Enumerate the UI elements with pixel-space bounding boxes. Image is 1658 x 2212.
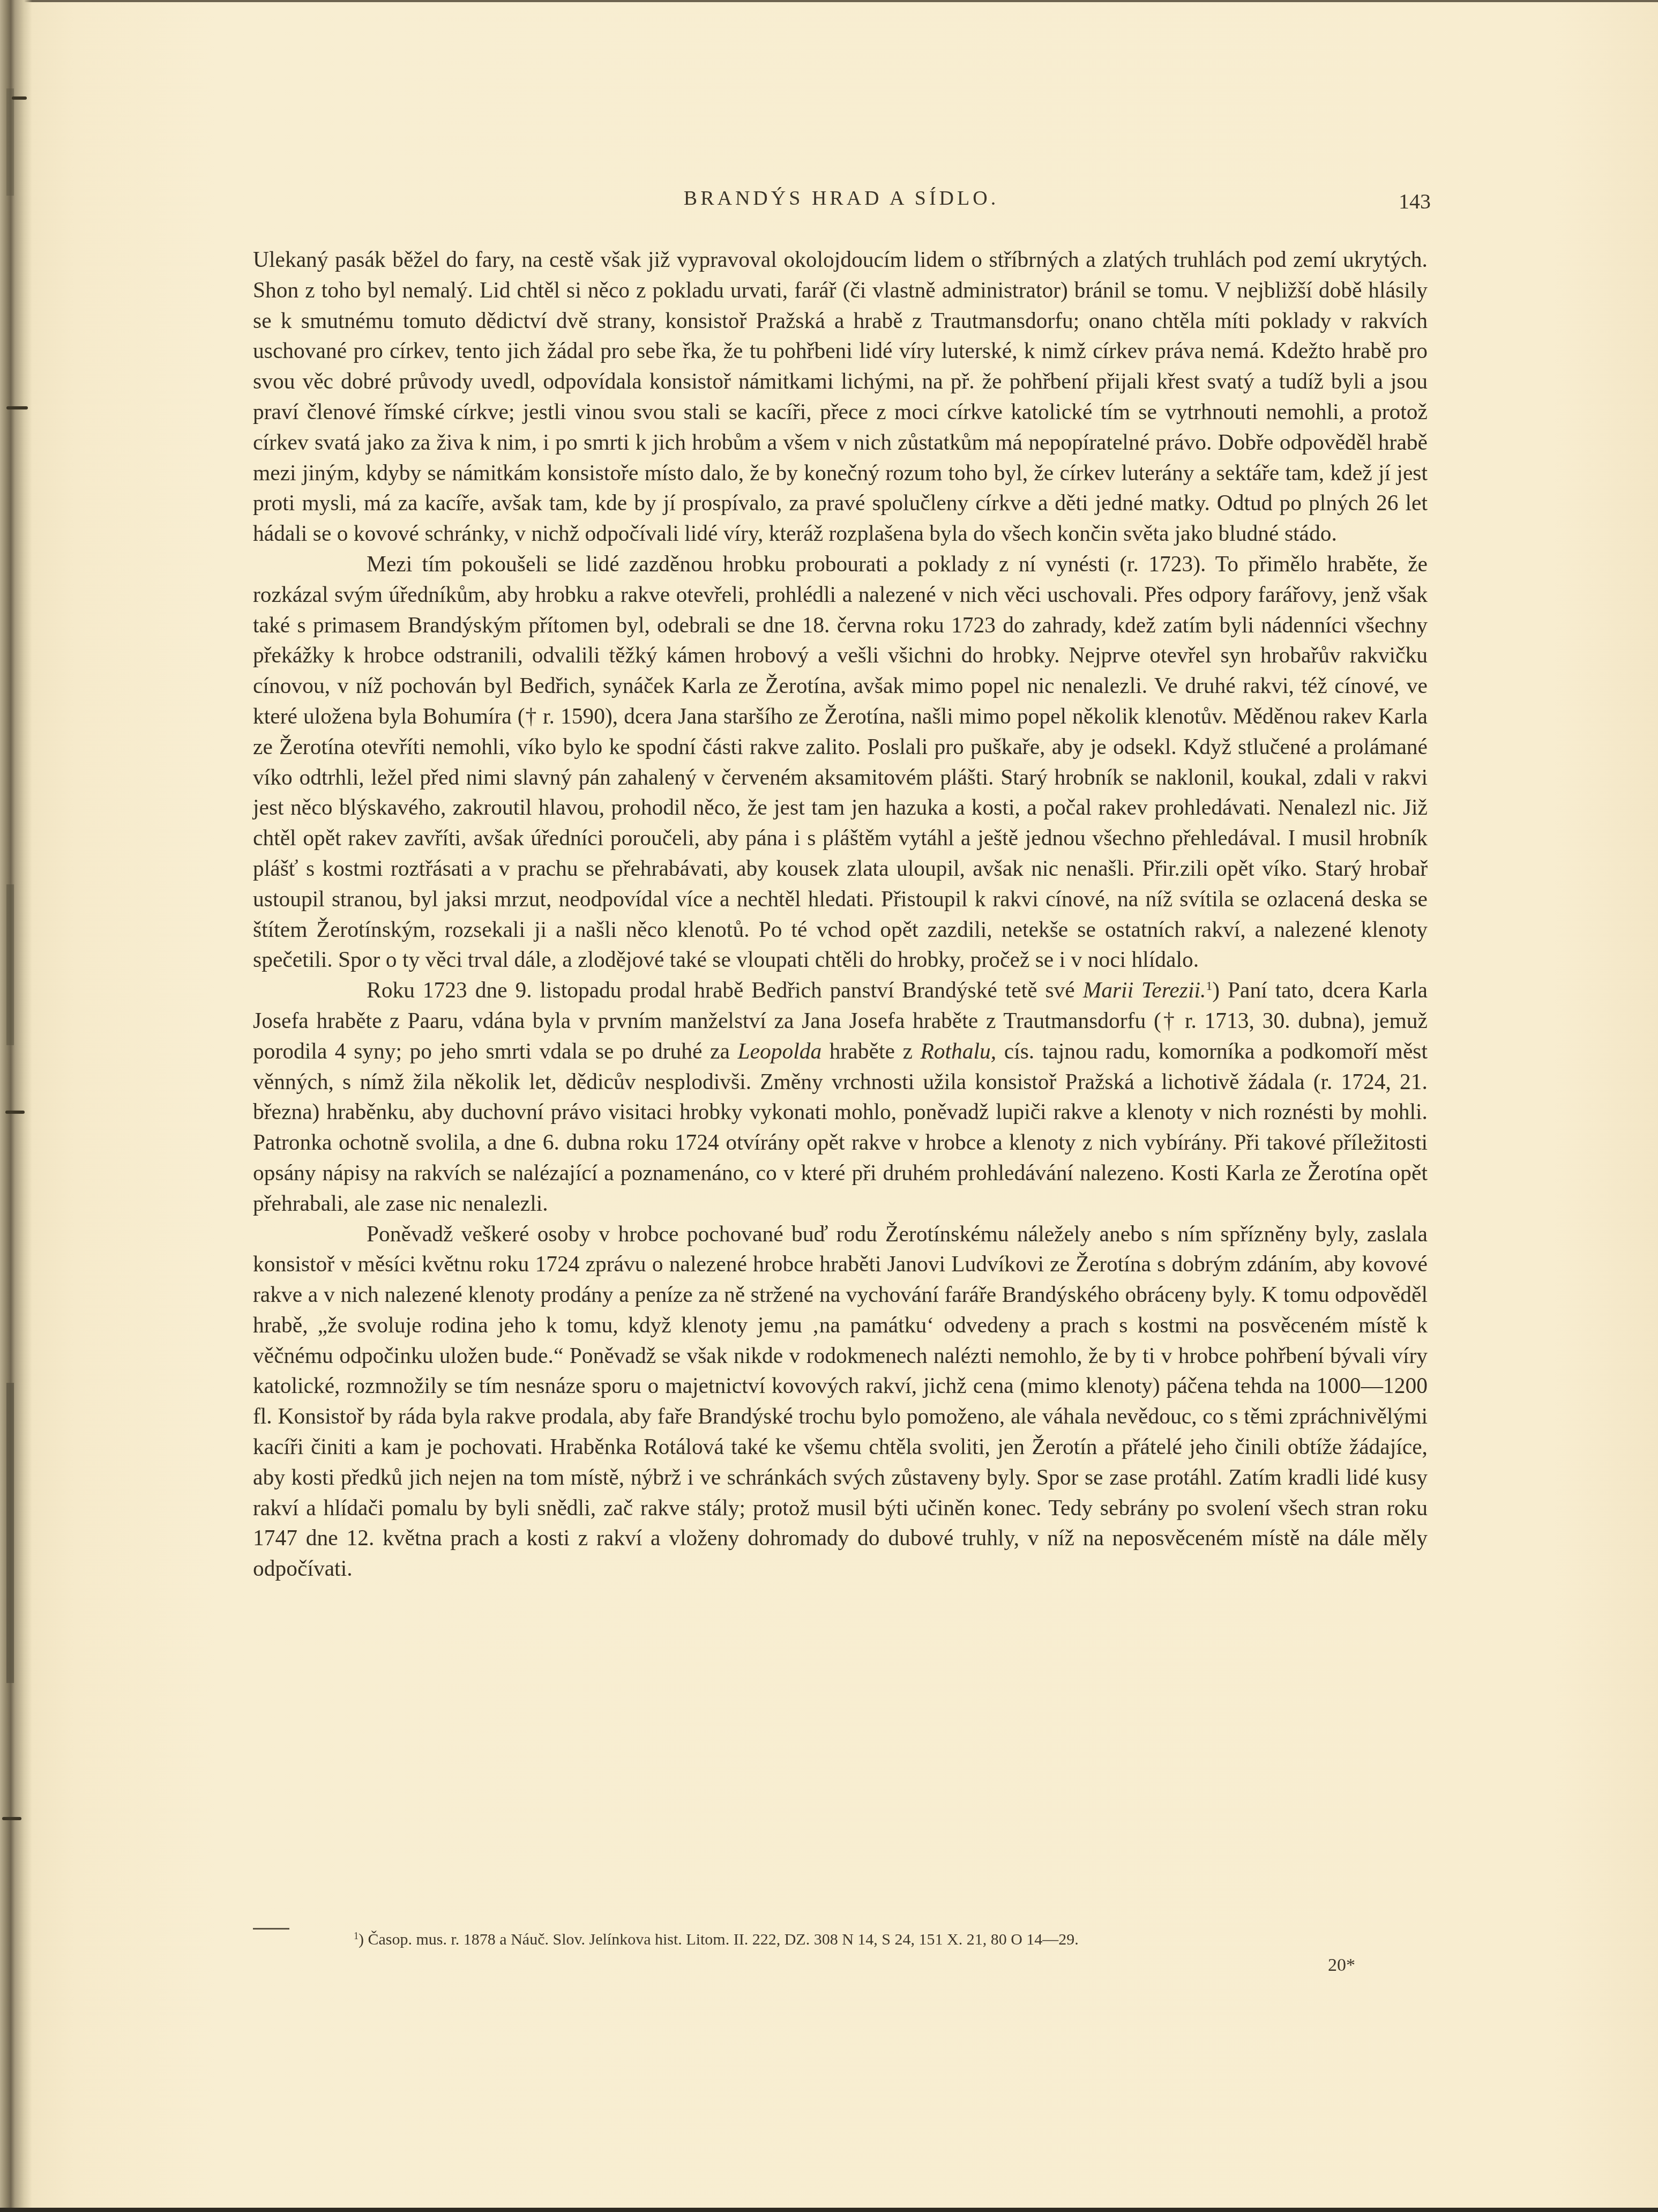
binding-shadow	[6, 88, 14, 196]
italic-name: Marii Terezii.	[1083, 978, 1206, 1002]
page-header: BRANDÝS HRAD A SÍDLO. 143	[252, 187, 1431, 219]
paragraph: Mezi tím pokoušeli se lidé zazděnou hrob…	[253, 549, 1428, 975]
paragraph: Roku 1723 dne 9. listopadu prodal hrabě …	[253, 975, 1428, 1218]
page-number: 143	[1399, 189, 1431, 214]
footnote-marker: 1	[1206, 979, 1212, 993]
footnote-rule	[253, 1928, 289, 1930]
footnote: 1) Časop. mus. r. 1878 a Náuč. Slov. Jel…	[354, 1931, 1479, 1949]
page-top-edge	[0, 0, 1658, 2]
footnote-text: ) Časop. mus. r. 1878 a Náuč. Slov. Jelí…	[359, 1931, 1079, 1948]
signature-mark: 20*	[1328, 1955, 1355, 1976]
paragraph: Poněvadž veškeré osoby v hrobce pochovan…	[253, 1219, 1428, 1584]
footnote-number: 1	[354, 1931, 359, 1941]
italic-name: Rothalu,	[920, 1039, 996, 1063]
text-run: Roku 1723 dne 9. listopadu prodal hrabě …	[367, 978, 1083, 1002]
book-binding-edge	[0, 0, 32, 2212]
italic-name: Leopolda	[737, 1039, 821, 1063]
text-run: Poněvadž veškeré osoby v hrobce pochovan…	[253, 1222, 1428, 1581]
binding-shadow	[6, 884, 14, 1045]
binding-thread-mark	[12, 96, 27, 100]
body-text: Ulekaný pasák běžel do fary, na cestě vš…	[253, 244, 1428, 1584]
text-run: Mezi tím pokoušeli se lidé zazděnou hrob…	[253, 552, 1428, 972]
text-run: cís. tajnou radu, komorníka a podkomoří …	[253, 1039, 1428, 1216]
binding-shadow	[6, 1383, 14, 1683]
binding-thread-mark	[6, 406, 28, 409]
page-bottom-edge	[0, 2208, 1658, 2212]
text-run: Ulekaný pasák běžel do fary, na cestě vš…	[253, 247, 1428, 546]
paragraph: Ulekaný pasák běžel do fary, na cestě vš…	[253, 244, 1428, 549]
text-run: hraběte z	[821, 1039, 920, 1063]
footnotes: 1) Časop. mus. r. 1878 a Náuč. Slov. Jel…	[354, 1931, 1479, 1949]
binding-thread-mark	[5, 1111, 25, 1114]
running-head: BRANDÝS HRAD A SÍDLO.	[252, 187, 1431, 210]
binding-thread-mark	[2, 1817, 21, 1820]
